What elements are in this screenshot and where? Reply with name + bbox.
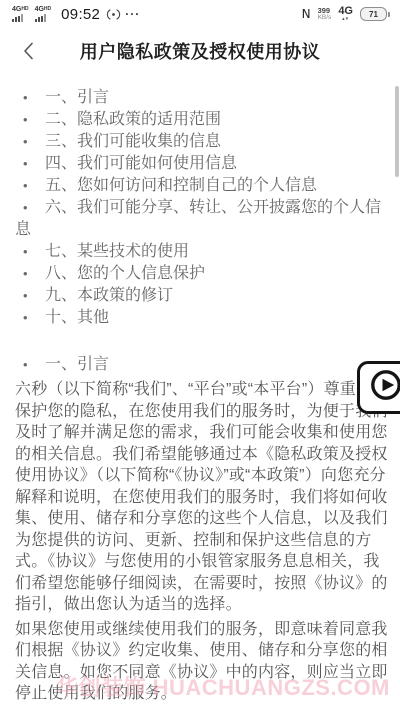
sim1-hd-badge: HD <box>21 6 28 12</box>
sim1-network-label: 4GHD <box>12 6 29 13</box>
nav-bar: 用户隐私政策及授权使用协议 <box>0 26 400 76</box>
network-speed-indicator: 399 KB/s <box>318 7 332 22</box>
toc-item: •三、我们可能收集的信息 <box>15 131 388 153</box>
bullet-dot: • <box>15 197 45 219</box>
data-transfer-arrows-icon: ▴▾ <box>342 17 349 22</box>
toc-item-label: 十、其他 <box>45 309 109 326</box>
network-speed-unit: KB/s <box>318 15 332 22</box>
bullet-dot: • <box>15 263 45 285</box>
sim2-signal-bars <box>35 14 47 22</box>
chevron-left-icon <box>23 42 34 63</box>
bullet-dot: • <box>15 241 45 263</box>
toc-item-label: 九、本政策的修订 <box>45 287 173 304</box>
bullet-dot: • <box>15 354 45 376</box>
section-heading: •一、引言 <box>15 354 388 376</box>
toc-item: •二、隐私政策的适用范围 <box>15 109 388 131</box>
toc-item-label: 七、某些技术的使用 <box>45 243 189 260</box>
network-type-icon: 4G ▴▾ <box>338 6 353 22</box>
battery-icon: 71 <box>360 7 390 21</box>
toc-item: •五、您如何访问和控制自己的个人信息 <box>15 175 388 197</box>
network-speed-value: 399 <box>318 7 331 15</box>
sim1-signal-bars <box>12 14 24 22</box>
toc-item: •七、某些技术的使用 <box>15 241 388 263</box>
toc-item: •一、引言 <box>15 87 388 109</box>
bullet-dot: • <box>15 307 45 329</box>
sim1-signal-icon: 4GHD <box>12 6 29 22</box>
nfc-icon: N <box>302 7 311 21</box>
sim2-4g-label: 4G <box>35 6 44 13</box>
sim2-hd-badge: HD <box>44 6 51 12</box>
bullet-dot: • <box>15 175 45 197</box>
section-heading-label: 一、引言 <box>45 356 109 373</box>
toc-item: •八、您的个人信息保护 <box>15 263 388 285</box>
toc-item: •十、其他 <box>15 307 388 329</box>
toc-item: •九、本政策的修订 <box>15 285 388 307</box>
toc-item-label: 一、引言 <box>45 89 109 106</box>
back-button[interactable] <box>16 40 40 64</box>
battery-nub <box>388 12 390 17</box>
more-notifications-icon: ··· <box>125 9 140 19</box>
toc-item-label: 五、您如何访问和控制自己的个人信息 <box>45 177 317 194</box>
battery-body: 71 <box>360 7 387 21</box>
scrollbar[interactable] <box>395 86 399 177</box>
hotspot-icon <box>106 8 121 21</box>
bullet-dot: • <box>15 109 45 131</box>
play-button[interactable] <box>357 361 400 414</box>
bullet-dot: • <box>15 285 45 307</box>
policy-paragraph: 六秒（以下简称“我们”、“平台”或“本平台”）尊重并保护您的隐私，在您使用我们的… <box>15 379 388 616</box>
bullet-dot: • <box>15 153 45 175</box>
toc-item: •四、我们可能如何使用信息 <box>15 153 388 175</box>
policy-paragraph: 如果您使用或继续使用我们的服务，即意味着同意我们根据《协议》约定收集、使用、储存… <box>15 619 388 705</box>
page-title: 用户隐私政策及授权使用协议 <box>80 38 321 64</box>
toc-item-label: 二、隐私政策的适用范围 <box>45 111 221 128</box>
play-icon <box>369 368 400 407</box>
bullet-dot: • <box>15 131 45 153</box>
sim1-4g-label: 4G <box>12 6 21 13</box>
sim2-signal-icon: 4GHD <box>35 6 52 22</box>
app-screen: 4GHD 4GHD 09:52 ··· N 399 KB/s <box>0 0 400 709</box>
bullet-dot: • <box>15 87 45 109</box>
toc-item-label: 三、我们可能收集的信息 <box>45 133 221 150</box>
status-bar-right: N 399 KB/s 4G ▴▾ 71 <box>302 6 390 22</box>
policy-content: •一、引言 •二、隐私政策的适用范围 •三、我们可能收集的信息 •四、我们可能如… <box>0 76 400 705</box>
toc-item: •六、我们可能分享、转让、公开披露您的个人信息 <box>15 197 388 241</box>
status-time: 09:52 <box>61 6 100 23</box>
sim2-network-label: 4GHD <box>35 6 52 13</box>
toc-item-label: 四、我们可能如何使用信息 <box>45 155 237 172</box>
toc-item-label: 八、您的个人信息保护 <box>45 265 205 282</box>
status-bar-left: 4GHD 4GHD 09:52 ··· <box>12 6 140 23</box>
battery-percent: 71 <box>369 10 378 19</box>
toc-item-label: 六、我们可能分享、转让、公开披露您的个人信息 <box>15 199 381 238</box>
status-bar: 4GHD 4GHD 09:52 ··· N 399 KB/s <box>0 0 400 26</box>
